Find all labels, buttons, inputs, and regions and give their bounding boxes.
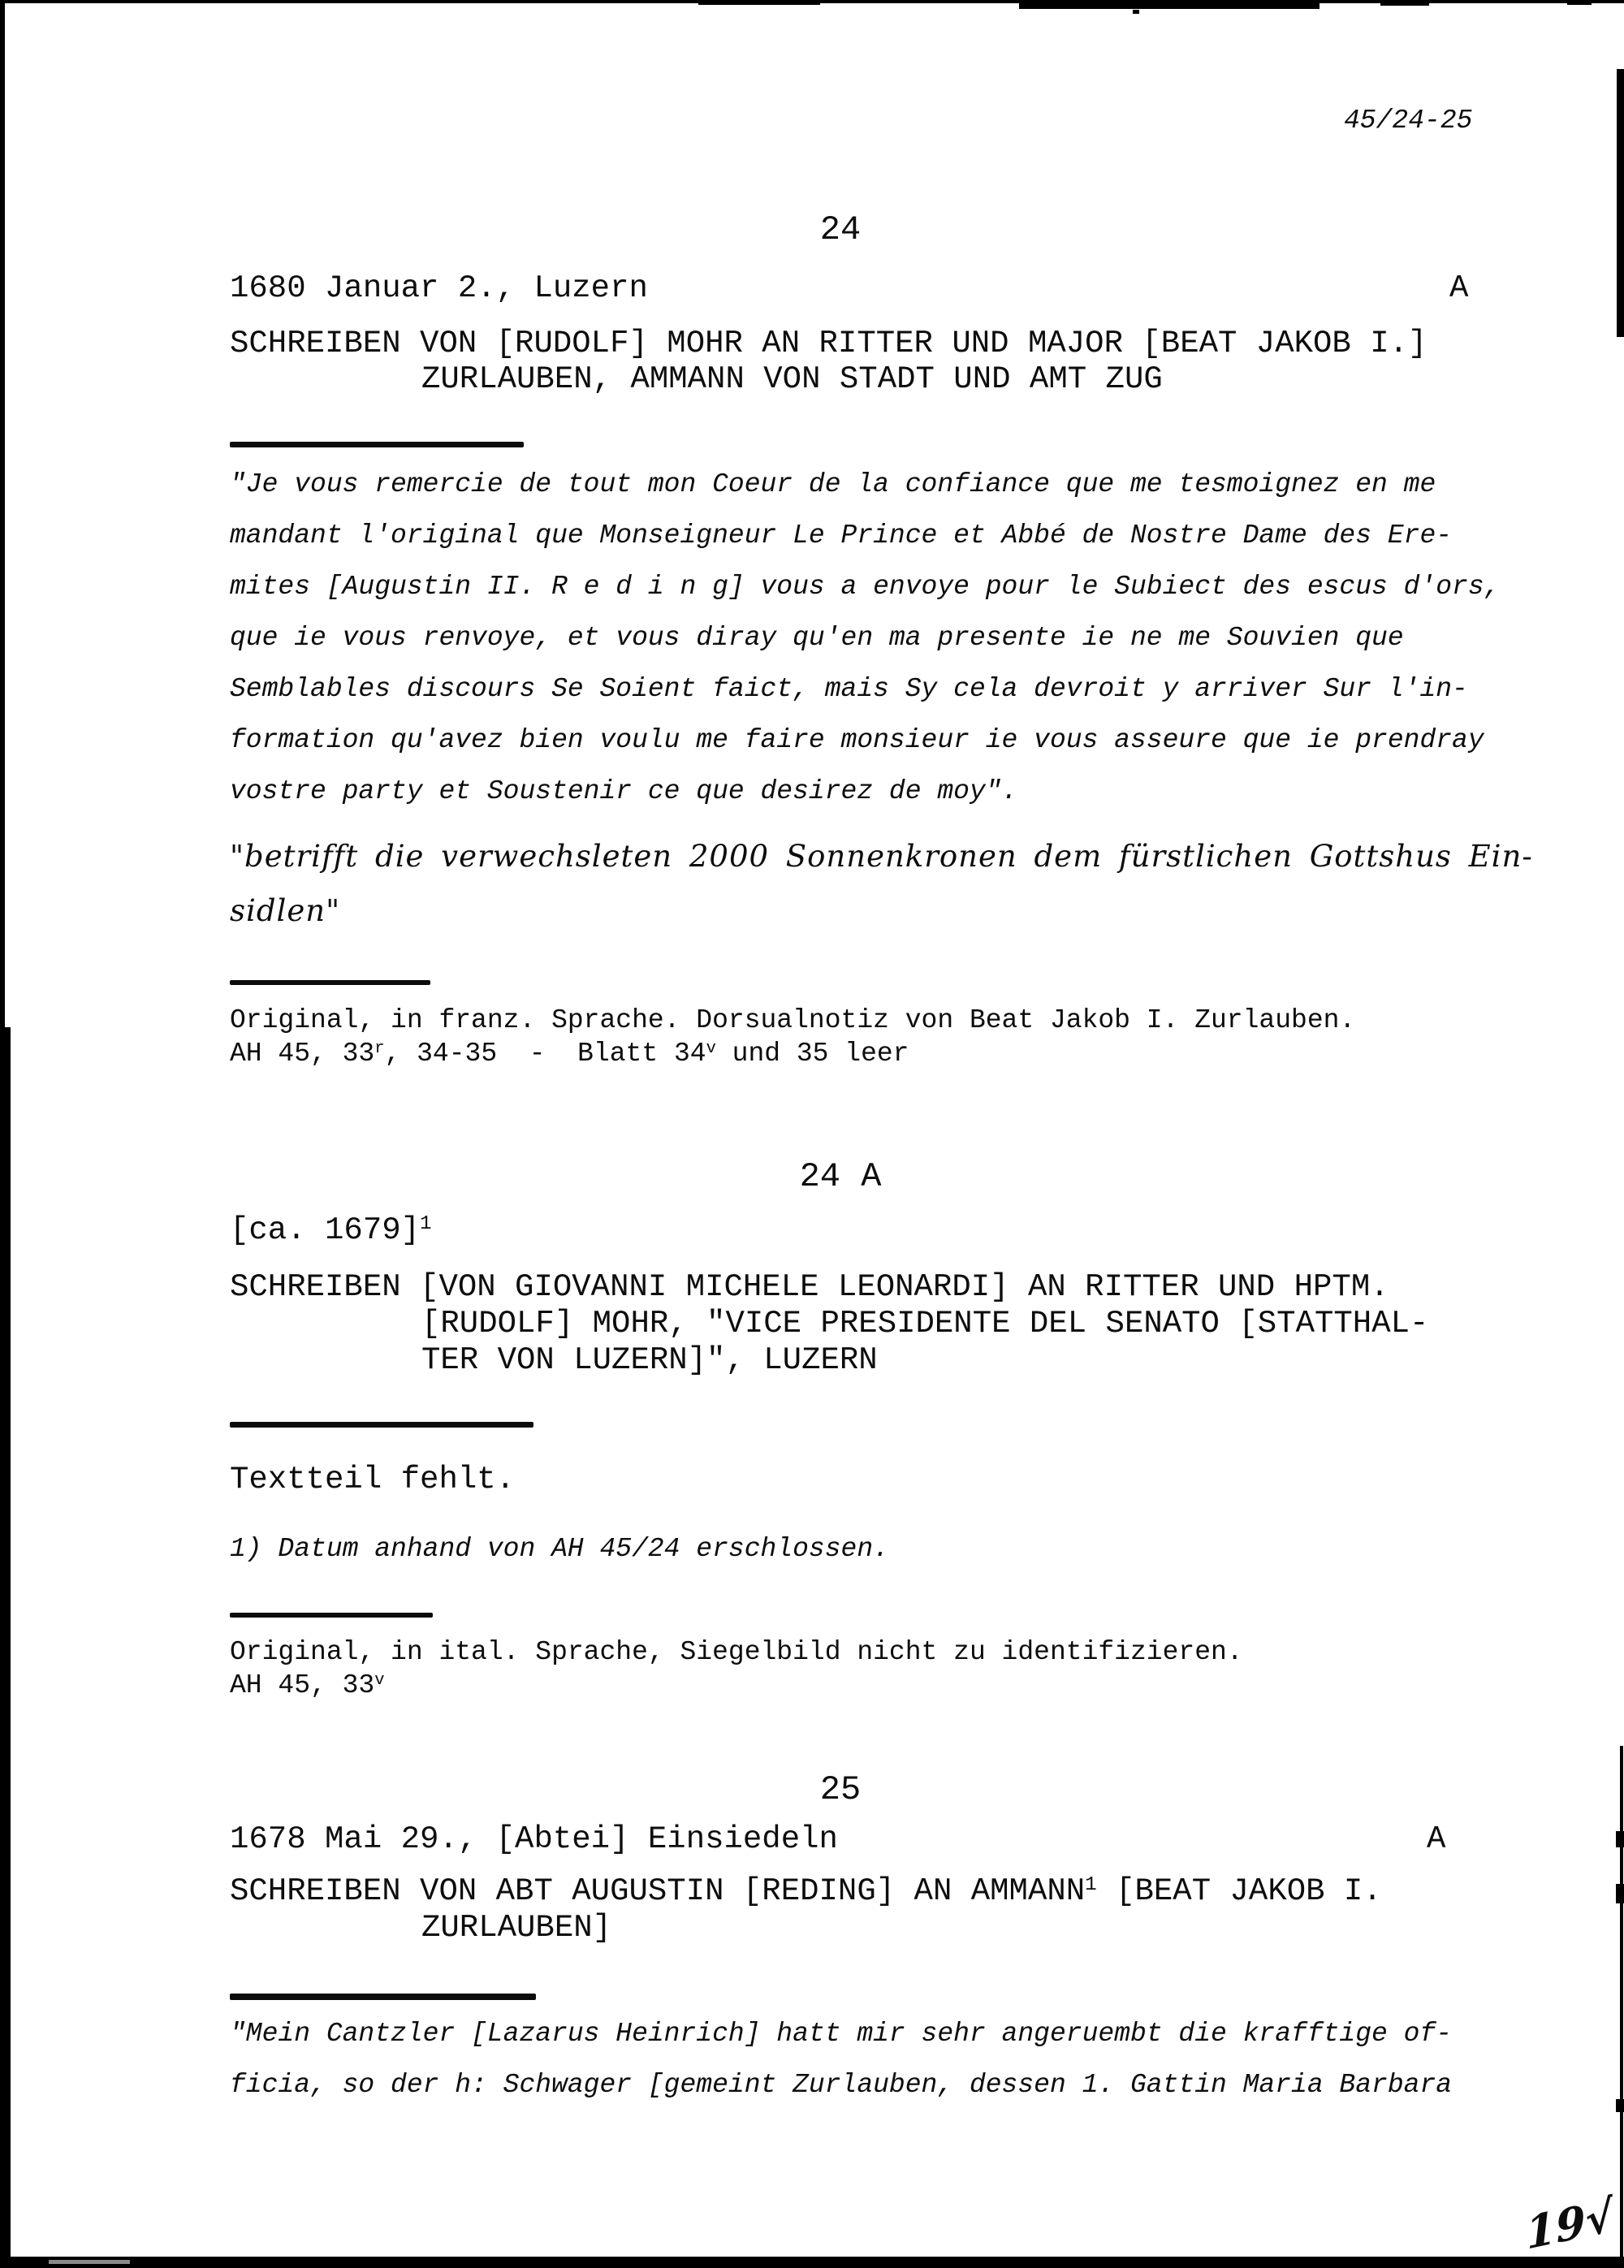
entry-24a-title-line-3: TER VON LUZERN]", LUZERN: [421, 1345, 878, 1376]
entry-24-note-line-1: Original, in franz. Sprache. Dorsualnoti…: [230, 1007, 1355, 1034]
entry-25-title-line-1: SCHREIBEN VON ABT AUGUSTIN [REDING] AN A…: [230, 1876, 1382, 1907]
quote-line: que ie vous renvoye, et vous diray qu'en…: [230, 612, 1500, 663]
scan-border-right-upper: [1617, 69, 1624, 337]
entry-24-quote-french: "Je vous remercie de tout mon Coeur de l…: [230, 459, 1500, 817]
quote-line: ficia, so der h: Schwager [gemeint Zurla…: [230, 2059, 1452, 2110]
entry-24-number: 24: [227, 213, 1453, 247]
entry-24-marginal-a: A: [1449, 273, 1468, 305]
superscript: 1: [1085, 1874, 1097, 1896]
quote-line: Semblables discours Se Soient faict, mai…: [230, 663, 1500, 715]
text-segment: [ca. 1679]: [230, 1212, 420, 1248]
quote-line: vostre party et Soustenir ce que desirez…: [230, 766, 1500, 817]
scan-border-right-tick: [1616, 1831, 1624, 1847]
quote-line: formation qu'avez bien voulu me faire mo…: [230, 715, 1500, 766]
entry-24-date: 1680 Januar 2., Luzern: [230, 273, 648, 305]
scan-border-right-tick: [1616, 2099, 1624, 2112]
folio-mark-handwritten: 19√: [1524, 2192, 1615, 2255]
entry-24-rule: [230, 442, 524, 447]
quote-line: mandant l'original que Monseigneur Le Pr…: [230, 510, 1500, 561]
entry-24a-note-line-2: AH 45, 33v: [230, 1672, 385, 1699]
scanned-document-page: 45/24-25 24 1680 Januar 2., Luzern A SCH…: [0, 0, 1624, 2268]
scan-border-right-tick: [1616, 1884, 1624, 1903]
scan-border-right-lower: [1620, 1746, 1623, 2257]
scan-speck: [1133, 10, 1139, 14]
superscript: 1: [420, 1213, 432, 1235]
entry-24a-rule: [230, 1422, 533, 1428]
entry-24a-title-line-2: [RUDOLF] MOHR, "VICE PRESIDENTE DEL SENA…: [421, 1308, 1428, 1340]
scan-border-bottom-faint: [49, 2260, 130, 2264]
entry-24a-number: 24 A: [227, 1160, 1453, 1194]
text-segment: AH 45, 33: [230, 1670, 374, 1700]
entry-24-note-line-2: AH 45, 33r, 34-35 - Blatt 34v und 35 lee…: [230, 1040, 909, 1067]
entry-24a-note-line-1: Original, in ital. Sprache, Siegelbild n…: [230, 1639, 1243, 1665]
entry-24a-body: Textteil fehlt.: [230, 1464, 515, 1496]
entry-25-number: 25: [227, 1773, 1453, 1807]
entry-24a-title-line-1: SCHREIBEN [VON GIOVANNI MICHELE LEONARDI…: [230, 1272, 1389, 1303]
quote-line: "Je vous remercie de tout mon Coeur de l…: [230, 459, 1500, 510]
text-segment: SCHREIBEN VON ABT AUGUSTIN [REDING] AN A…: [230, 1873, 1085, 1909]
text-segment: , 34-35 - Blatt 34: [385, 1039, 706, 1069]
quote-line: mites [Augustin II. R e d i n g] vous a …: [230, 561, 1500, 612]
entry-24a-note-rule: [230, 1613, 433, 1618]
quote-line: "Mein Cantzler [Lazarus Heinrich] hatt m…: [230, 2008, 1452, 2059]
superscript: v: [374, 1671, 384, 1690]
text-segment: und 35 leer: [716, 1039, 909, 1069]
scan-border-top-dash: [698, 0, 820, 5]
page-reference-number: 45/24-25: [1344, 107, 1472, 134]
scan-border-bottom: [10, 2257, 1624, 2268]
entry-24a-footnote: 1) Datum anhand von AH 45/24 erschlossen…: [230, 1536, 889, 1562]
text-segment: AH 45, 33: [230, 1039, 374, 1069]
entry-24-title-line-2: ZURLAUBEN, AMMANN VON STADT UND AMT ZUG: [421, 364, 1163, 395]
scan-border-top-heavy: [1019, 0, 1319, 9]
entry-25-date: 1678 Mai 29., [Abtei] Einsiedeln: [230, 1824, 838, 1855]
entry-24-quote-script-line-1: "betrifft die verwechsleten 2000 Sonnenk…: [230, 841, 1533, 871]
superscript: r: [374, 1039, 384, 1058]
entry-25-rule: [230, 1994, 536, 2000]
entry-24-note-rule: [230, 980, 430, 985]
scan-border-top-dash: [1567, 0, 1592, 5]
entry-25-title-line-2: ZURLAUBEN]: [421, 1912, 611, 1944]
scan-border-left-thick: [0, 1027, 11, 2268]
entry-24-title-line-1: SCHREIBEN VON [RUDOLF] MOHR AN RITTER UN…: [230, 328, 1427, 360]
entry-25-quote: "Mein Cantzler [Lazarus Heinrich] hatt m…: [230, 2008, 1452, 2110]
superscript: v: [706, 1039, 716, 1058]
entry-24-quote-script-line-2: sidlen": [230, 896, 340, 926]
scan-border-top-dash: [1380, 0, 1429, 6]
text-segment: [BEAT JAKOB I.: [1097, 1873, 1382, 1909]
entry-24a-date: [ca. 1679]1: [230, 1215, 432, 1246]
entry-25-marginal-a: A: [1427, 1824, 1445, 1855]
